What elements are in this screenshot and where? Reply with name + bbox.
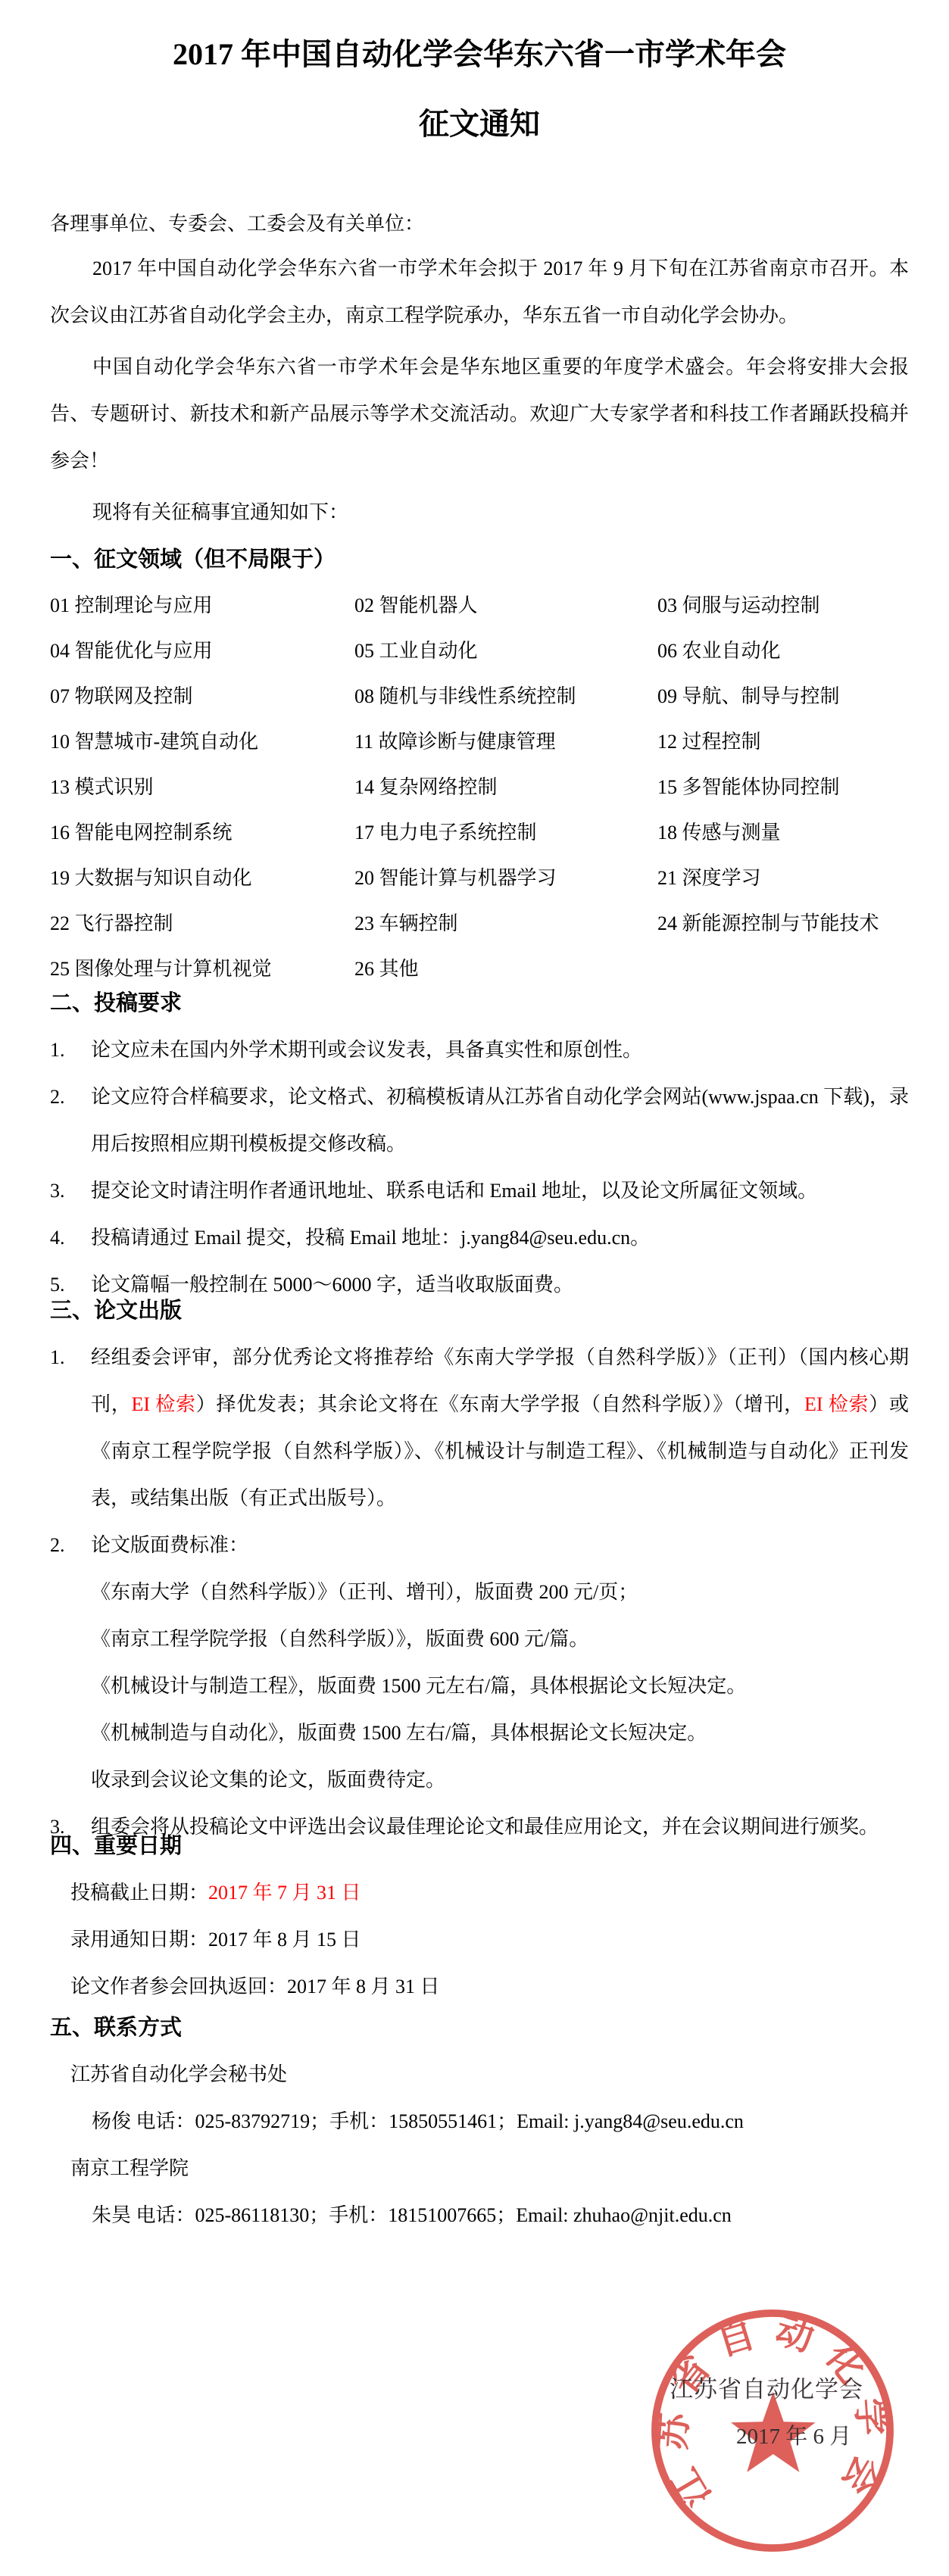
topic-item: 11 故障诊断与健康管理 (354, 719, 657, 765)
topic-item: 26 其他 (354, 947, 657, 992)
signature-org: 江苏省自动化学会 (670, 2375, 866, 2405)
list-text: 论文应符合样稿要求，论文格式、初稿模板请从江苏省自动化学会网站(www.jspa… (91, 1074, 909, 1168)
list-text: 提交论文时请注明作者通讯地址、联系电话和 Email 地址，以及论文所属征文领域… (91, 1168, 909, 1215)
topic-item: 24 新能源控制与节能技术 (657, 901, 909, 947)
topic-item: 17 电力电子系统控制 (354, 810, 657, 856)
topic-item: 20 智能计算与机器学习 (354, 856, 657, 901)
list-number: 2. (50, 1074, 91, 1168)
topic-item: 01 控制理论与应用 (50, 583, 354, 628)
deadline-label: 投稿截止日期： (70, 1882, 208, 1904)
topic-item: 12 过程控制 (657, 719, 909, 765)
pub-text-part: ）择优发表；其余论文将在《东南大学学报（自然科学版）》（增刊， (196, 1393, 804, 1415)
publication-item-2: 2. 论文版面费标准： (50, 1522, 909, 1569)
submission-item-4: 4. 投稿请通过 Email 提交，投稿 Email 地址：j.yang84@s… (50, 1215, 909, 1261)
document-page: 2017 年中国自动化学会华东六省一市学术年会 征文通知 各理事单位、专委会、工… (0, 0, 949, 2576)
list-number: 2. (50, 1522, 91, 1569)
list-number: 1. (50, 1027, 91, 1074)
list-text: 论文版面费标准： (91, 1522, 909, 1569)
contact-org-1: 江苏省自动化学会秘书处 (50, 2051, 909, 2098)
list-text: 组委会将从投稿论文中评选出会议最佳理论论文和最佳应用论文，并在会议期间进行颁奖。 (91, 1804, 909, 1851)
topic-item: 23 车辆控制 (354, 901, 657, 947)
intro-paragraph-1: 2017 年中国自动化学会华东六省一市学术年会拟于 2017 年 9 月下旬在江… (50, 245, 909, 339)
list-number: 1. (50, 1334, 91, 1522)
topic-item: 05 工业自动化 (354, 628, 657, 674)
document-subtitle: 征文通知 (50, 104, 909, 144)
topic-item: 09 导航、制导与控制 (657, 674, 909, 719)
fee-line-2: 《南京工程学院学报（自然科学版）》，版面费 600 元/篇。 (50, 1616, 909, 1663)
fee-line-3: 《机械设计与制造工程》，版面费 1500 元左右/篇，具体根据论文长短决定。 (50, 1663, 909, 1710)
ei-index-highlight: EI 检索 (804, 1393, 869, 1415)
topics-grid: 01 控制理论与应用 02 智能机器人 03 伺服与运动控制 04 智能优化与应… (50, 583, 909, 992)
list-number: 3. (50, 1168, 91, 1215)
list-text: 论文应未在国内外学术期刊或会议发表，具备真实性和原创性。 (91, 1027, 909, 1074)
fee-line-5: 收录到会议论文集的论文，版面费待定。 (50, 1757, 909, 1804)
submission-item-3: 3. 提交论文时请注明作者通讯地址、联系电话和 Email 地址，以及论文所属征… (50, 1168, 909, 1215)
topic-item: 13 模式识别 (50, 765, 354, 810)
topic-item: 06 农业自动化 (657, 628, 909, 674)
list-text: 论文篇幅一般控制在 5000～6000 字，适当收取版面费。 (91, 1261, 909, 1308)
publication-item-1: 1. 经组委会评审，部分优秀论文将推荐给《东南大学学报（自然科学版）》（正刊）（… (50, 1334, 909, 1522)
topic-item: 21 深度学习 (657, 856, 909, 901)
topic-item: 14 复杂网络控制 (354, 765, 657, 810)
contact-person-2: 朱昊 电话：025-86118130；手机：18151007665；Email:… (50, 2192, 909, 2239)
topic-item: 10 智慧城市-建筑自动化 (50, 719, 354, 765)
list-text: 投稿请通过 Email 提交，投稿 Email 地址：j.yang84@seu.… (91, 1215, 909, 1261)
section-heading-topics: 一、征文领域（但不局限于） (50, 536, 909, 583)
fee-line-1: 《东南大学（自然科学版）》（正刊、增刊），版面费 200 元/页； (50, 1569, 909, 1616)
date-line-receipt: 论文作者参会回执返回：2017 年 8 月 31 日 (50, 1963, 909, 2010)
deadline-value: 2017 年 7 月 31 日 (208, 1882, 361, 1904)
list-number: 4. (50, 1215, 91, 1261)
date-line-notify: 录用通知日期：2017 年 8 月 15 日 (50, 1916, 909, 1963)
signature-date: 2017 年 6 月 (736, 2422, 851, 2452)
contact-person-1: 杨俊 电话：025-83792719；手机：15850551461；Email:… (50, 2098, 909, 2145)
topic-item: 22 飞行器控制 (50, 901, 354, 947)
intro-paragraph-3: 现将有关征稿事宜通知如下： (50, 489, 909, 536)
topic-item: 19 大数据与知识自动化 (50, 856, 354, 901)
date-line-deadline: 投稿截止日期：2017 年 7 月 31 日 (50, 1870, 909, 1916)
topic-item: 15 多智能体协同控制 (657, 765, 909, 810)
topic-item: 02 智能机器人 (354, 583, 657, 628)
topic-item: 03 伺服与运动控制 (657, 583, 909, 628)
submission-item-2: 2. 论文应符合样稿要求，论文格式、初稿模板请从江苏省自动化学会网站(www.j… (50, 1074, 909, 1168)
topic-item: 08 随机与非线性系统控制 (354, 674, 657, 719)
intro-paragraph-2: 中国自动化学会华东六省一市学术年会是华东地区重要的年度学术盛会。年会将安排大会报… (50, 344, 909, 485)
document-title: 2017 年中国自动化学会华东六省一市学术年会 (50, 35, 909, 74)
list-text: 经组委会评审，部分优秀论文将推荐给《东南大学学报（自然科学版）》（正刊）（国内核… (91, 1334, 909, 1522)
fee-line-4: 《机械制造与自动化》，版面费 1500 左右/篇，具体根据论文长短决定。 (50, 1710, 909, 1757)
salutation: 各理事单位、专委会、工委会及有关单位： (50, 207, 909, 241)
topic-item: 18 传感与测量 (657, 810, 909, 856)
topic-item: 07 物联网及控制 (50, 674, 354, 719)
contact-org-2: 南京工程学院 (50, 2145, 909, 2192)
submission-item-1: 1. 论文应未在国内外学术期刊或会议发表，具备真实性和原创性。 (50, 1027, 909, 1074)
ei-index-highlight: EI 检索 (132, 1393, 196, 1415)
topic-item: 16 智能电网控制系统 (50, 810, 354, 856)
topic-item: 04 智能优化与应用 (50, 628, 354, 674)
section-heading-contact: 五、联系方式 (50, 2004, 909, 2051)
